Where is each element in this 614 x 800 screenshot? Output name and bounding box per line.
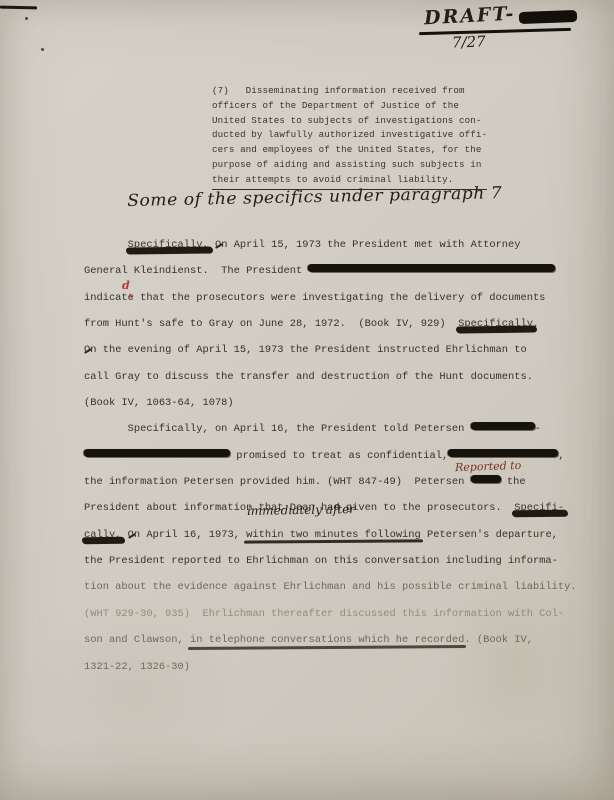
typed-line: call Gray to discuss the transfer and de… [84, 364, 596, 390]
quote-line: cers and employees of the United States,… [212, 143, 487, 158]
text-segment: son and Clawson, [84, 634, 190, 646]
handwritten-insert-d: d [122, 279, 130, 292]
text-segment: Petersen's departure, [421, 529, 558, 541]
scribbled-out-text: cally, [84, 529, 121, 541]
body-text: Specifically, On April 15, 1973 the Pres… [84, 232, 596, 680]
text-segment: Specifically, on April 16, the President… [84, 423, 471, 435]
struck-through-text: within two minutes following [246, 529, 421, 541]
hand-capitalized-word: On [128, 529, 140, 541]
text-segment: (WHT 929-30, 935) Ehrlichman thereafter … [84, 608, 564, 620]
typed-line: indicate that the prosecutors were inves… [84, 285, 596, 311]
typed-line: the President reported to Ehrlichman on … [84, 548, 596, 574]
typed-line: from Hunt's safe to Gray on June 28, 197… [84, 311, 596, 337]
text-segment: the information Petersen provided him. (… [84, 476, 471, 488]
typed-line: (WHT 929-30, 935) Ehrlichman thereafter … [84, 601, 596, 627]
text-segment: the evening of April 15, 1973 the Presid… [96, 344, 526, 356]
quote-line: United States to subjects of investigati… [212, 114, 487, 129]
handwritten-draft-label: DRAFT- [423, 3, 515, 30]
typed-line: (Book IV, 1063-64, 1078) [84, 390, 596, 416]
text-segment: from Hunt's safe to Gray on June 28, 197… [84, 318, 458, 330]
text-segment: tion about the evidence against Ehrlichm… [84, 581, 577, 593]
text-segment: indicate that the prosecutors were inves… [84, 292, 545, 304]
scribbled-out-text: Specifically, [128, 239, 209, 251]
text-segment: (Book IV, 1063-64, 1078) [84, 397, 234, 409]
scanned-document-page: DRAFT- 7/27 (7) Disseminating informatio… [0, 0, 614, 800]
text-segment: . (Book IV, [464, 634, 533, 646]
text-segment: the [501, 476, 526, 488]
typed-line: son and Clawson, in telephone conversati… [84, 627, 596, 653]
typed-line: cally, On April 16, 1973, within two min… [84, 522, 596, 548]
redaction-bar [471, 422, 535, 430]
text-segment: April 15, 1973 the President met with At… [227, 239, 520, 251]
text-segment: the President reported to Ehrlichman on … [84, 555, 558, 567]
hand-capitalized-word: On [215, 239, 227, 251]
handwritten-reported-to: Reported to [455, 459, 522, 474]
typed-line: the information Petersen provided him. (… [84, 469, 596, 495]
text-segment: 1321-22, 1326-30) [84, 661, 190, 673]
quote-line: ducted by lawfully authorized investigat… [212, 128, 487, 143]
marker-redaction-blob [519, 10, 577, 24]
insert-caret-mark: ∧ [127, 292, 134, 302]
ink-speck [41, 48, 44, 51]
text-segment: April 16, 1973, [140, 529, 246, 541]
typed-line: 1321-22, 1326-30) [84, 654, 596, 680]
handwritten-note: Some of the specifics under paragraph 7 [127, 183, 502, 210]
scribbled-out-text: Specifi- [514, 502, 564, 514]
typed-line: Specifically, On April 15, 1973 the Pres… [84, 232, 596, 258]
quote-line: (7) Disseminating information received f… [212, 84, 487, 99]
scribbled-out-text: Specifically [458, 318, 533, 330]
quote-line: purpose of aiding and assisting such sub… [212, 158, 487, 173]
handwritten-immediately-after: immediately after [247, 502, 355, 518]
quote-line: officers of the Department of Justice of… [212, 99, 487, 114]
redaction-bar [84, 449, 230, 457]
text-segment [84, 239, 128, 251]
typed-line: Specifically, on April 16, the President… [84, 416, 596, 442]
text-segment: , [558, 450, 564, 462]
handwritten-date: 7/27 [452, 32, 486, 51]
typed-line: tion about the evidence against Ehrlichm… [84, 574, 596, 600]
ink-speck [25, 17, 28, 20]
typed-line: On the evening of April 15, 1973 the Pre… [84, 337, 596, 363]
redaction-bar [448, 449, 558, 457]
text-segment: General Kleindienst. The President [84, 265, 308, 277]
redaction-bar [308, 264, 555, 272]
quote-block: (7) Disseminating information received f… [212, 84, 487, 190]
typed-line: General Kleindienst. The President [84, 258, 596, 284]
text-segment: promised to treat as confidential, [230, 450, 448, 462]
redaction-bar [471, 475, 501, 483]
handwritten-underline [419, 28, 571, 35]
struck-through-text: in telephone conversations which he reco… [190, 634, 464, 646]
pen-mark-top-left [0, 6, 37, 10]
text-segment: - [535, 423, 541, 435]
hand-capitalized-word: On [84, 344, 96, 356]
text-segment: call Gray to discuss the transfer and de… [84, 371, 533, 383]
